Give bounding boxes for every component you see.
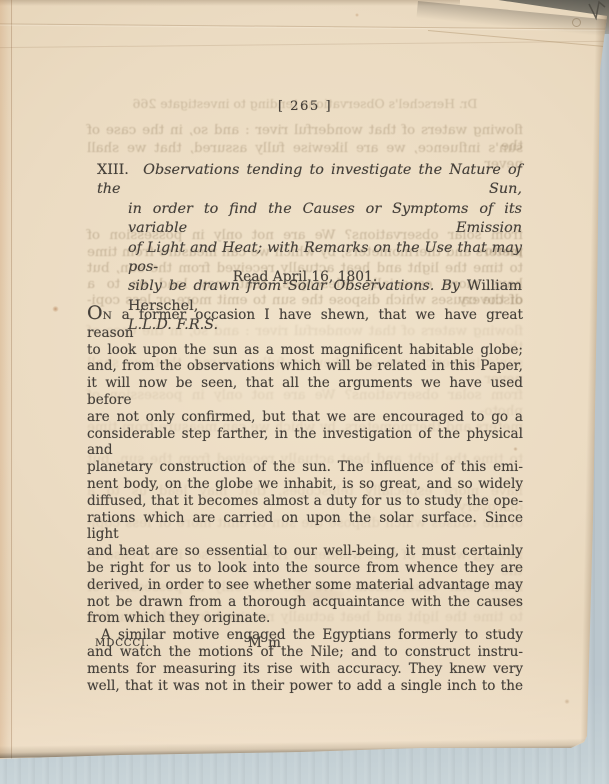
section-number: XIII. (97, 162, 129, 178)
read-date: Read April 16, 1801. (87, 269, 523, 285)
body-line: not be drawn from a thorough acquaintanc… (87, 594, 523, 611)
opening-capital: O (87, 302, 103, 324)
page-number: [ 265 ] (87, 99, 523, 114)
body-line: are not only confirmed, but that we are … (87, 409, 523, 426)
year-colophon: MDCCCI. (95, 638, 150, 649)
title-text: Observations tending to investigate the … (97, 162, 522, 197)
body-line: rations which are carried on upon the so… (87, 510, 523, 544)
body-line: planetary construction of the sun. The i… (87, 459, 523, 476)
scanned-page: Dr. Herschel's Observations tending to i… (0, 0, 609, 784)
opening-smallcap: N (103, 310, 113, 322)
printed-text-layer: [ 265 ] XIII. Observations tending to in… (0, 0, 609, 784)
body-line: diffused, that it becomes almost a duty … (87, 493, 523, 510)
article-title-line: XIII. Observations tending to investigat… (97, 161, 522, 200)
body-line: considerable step farther, in the invest… (87, 426, 523, 460)
page-footer: MDCCCI. M m (87, 635, 523, 653)
body-line: it will now be seen, that all the argume… (87, 375, 523, 409)
article-title-line: in order to find the Causes or Symptoms … (97, 200, 522, 239)
body-line: well, that it was not in their power to … (87, 678, 523, 695)
signature-mark: M m (248, 635, 282, 651)
body-line: to look upon the sun as a most magnifice… (87, 342, 523, 359)
pen-mark-icon (586, 0, 609, 24)
paper-sheet: Dr. Herschel's Observations tending to i… (0, 0, 609, 784)
body-line: from which they originate. (87, 610, 523, 627)
body-line: ments for measuring its rise with accura… (87, 661, 523, 678)
body-line: and heat are so essential to our well-be… (87, 543, 523, 560)
body-line: and, from the observations which will be… (87, 358, 523, 375)
body-line: be right for us to look into the source … (87, 560, 523, 577)
body-line: nent body, on the globe we inhabit, is s… (87, 476, 523, 493)
body-line: ON a former occasion I have shewn, that … (87, 307, 523, 342)
body-line: derived, in order to see whether some ma… (87, 577, 523, 594)
body-line-text: a former occasion I have shewn, that we … (87, 307, 523, 341)
